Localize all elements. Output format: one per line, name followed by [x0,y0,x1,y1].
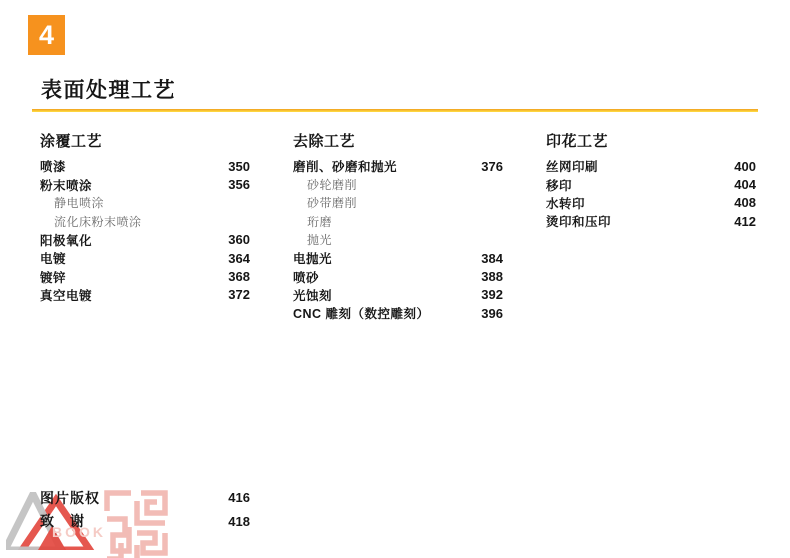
entry-page-number: 356 [228,177,250,192]
entry-label: 砂带磨削 [293,194,357,211]
entry-label: 珩磨 [293,213,332,230]
entry-page-number: 396 [481,306,503,321]
entry-label: 移印 [546,176,572,194]
entry-page-number: 372 [228,287,250,302]
section-entry-list: 丝网印刷400移印404水转印408烫印和压印412 [546,157,756,231]
toc-entry-footer: 图片版权416 [40,486,250,510]
toc-section-removal: 去除工艺 磨削、砂磨和抛光376砂轮磨削砂带磨削珩磨抛光电抛光384喷砂388光… [293,133,503,323]
entry-page-number: 376 [481,159,503,174]
entry-page-number: 400 [734,159,756,174]
toc-entry-footer: 致 谢418 [40,510,250,534]
toc-entry: 粉末喷涂356 [40,175,250,193]
section-heading: 涂覆工艺 [40,133,250,150]
toc-entry: 珩磨 [293,212,503,230]
toc-entry: 烫印和压印412 [546,212,756,230]
title-underline-rule [32,109,758,112]
toc-entry: 砂轮磨削 [293,175,503,193]
toc-entry: CNC 雕刻（数控雕刻）396 [293,304,503,322]
entry-label: 镀锌 [40,268,66,286]
toc-columns: 涂覆工艺 喷漆350粉末喷涂356静电喷涂流化床粉末喷涂阳极氧化360电镀364… [40,133,756,323]
entry-label: 阳极氧化 [40,231,92,249]
toc-entry: 静电喷涂 [40,194,250,212]
chapter-number-badge: 4 [28,15,65,55]
toc-entry: 电抛光384 [293,249,503,267]
entry-label: 喷砂 [293,268,319,286]
entry-page-number: 388 [481,269,503,284]
entry-label: 抛光 [293,231,332,248]
entry-label: 流化床粉末喷涂 [40,213,142,230]
footer-entries: 图片版权416致 谢418 [40,486,250,533]
entry-page-number: 360 [228,232,250,247]
entry-page-number: 350 [228,159,250,174]
toc-section-coating: 涂覆工艺 喷漆350粉末喷涂356静电喷涂流化床粉末喷涂阳极氧化360电镀364… [40,133,250,323]
entry-page-number: 408 [734,195,756,210]
entry-label: 真空电镀 [40,286,92,304]
entry-page-number: 404 [734,177,756,192]
toc-entry: 流化床粉末喷涂 [40,212,250,230]
toc-entry: 磨削、砂磨和抛光376 [293,157,503,175]
entry-page-number: 418 [228,514,250,529]
section-heading: 印花工艺 [546,133,756,150]
toc-entry: 喷漆350 [40,157,250,175]
entry-label: 电镀 [40,249,66,267]
entry-page-number: 364 [228,251,250,266]
toc-entry: 电镀364 [40,249,250,267]
entry-label: 图片版权 [40,488,100,508]
entry-label: CNC 雕刻（数控雕刻） [293,304,430,322]
toc-section-printing: 印花工艺 丝网印刷400移印404水转印408烫印和压印412 [546,133,756,323]
entry-label: 光蚀刻 [293,286,332,304]
entry-page-number: 384 [481,251,503,266]
entry-page-number: 392 [481,287,503,302]
entry-label: 砂轮磨削 [293,176,357,193]
entry-label: 电抛光 [293,249,332,267]
entry-label: 水转印 [546,194,585,212]
toc-entry: 真空电镀372 [40,286,250,304]
entry-label: 丝网印刷 [546,157,598,175]
entry-label: 磨削、砂磨和抛光 [293,157,397,175]
section-heading: 去除工艺 [293,133,503,150]
toc-entry: 砂带磨削 [293,194,503,212]
entry-page-number: 416 [228,490,250,505]
toc-entry: 丝网印刷400 [546,157,756,175]
entry-page-number: 368 [228,269,250,284]
toc-entry: 镀锌368 [40,267,250,285]
toc-entry: 水转印408 [546,194,756,212]
toc-entry: 光蚀刻392 [293,286,503,304]
entry-label: 静电喷涂 [40,194,104,211]
section-entry-list: 磨削、砂磨和抛光376砂轮磨削砂带磨削珩磨抛光电抛光384喷砂388光蚀刻392… [293,157,503,323]
toc-entry: 移印404 [546,175,756,193]
toc-entry: 喷砂388 [293,267,503,285]
entry-label: 喷漆 [40,157,66,175]
page-title: 表面处理工艺 [41,74,176,104]
entry-label: 烫印和压印 [546,212,611,230]
section-entry-list: 喷漆350粉末喷涂356静电喷涂流化床粉末喷涂阳极氧化360电镀364镀锌368… [40,157,250,304]
entry-label: 粉末喷涂 [40,176,92,194]
entry-label: 致 谢 [40,511,85,531]
toc-entry: 阳极氧化360 [40,231,250,249]
entry-page-number: 412 [734,214,756,229]
toc-entry: 抛光 [293,231,503,249]
